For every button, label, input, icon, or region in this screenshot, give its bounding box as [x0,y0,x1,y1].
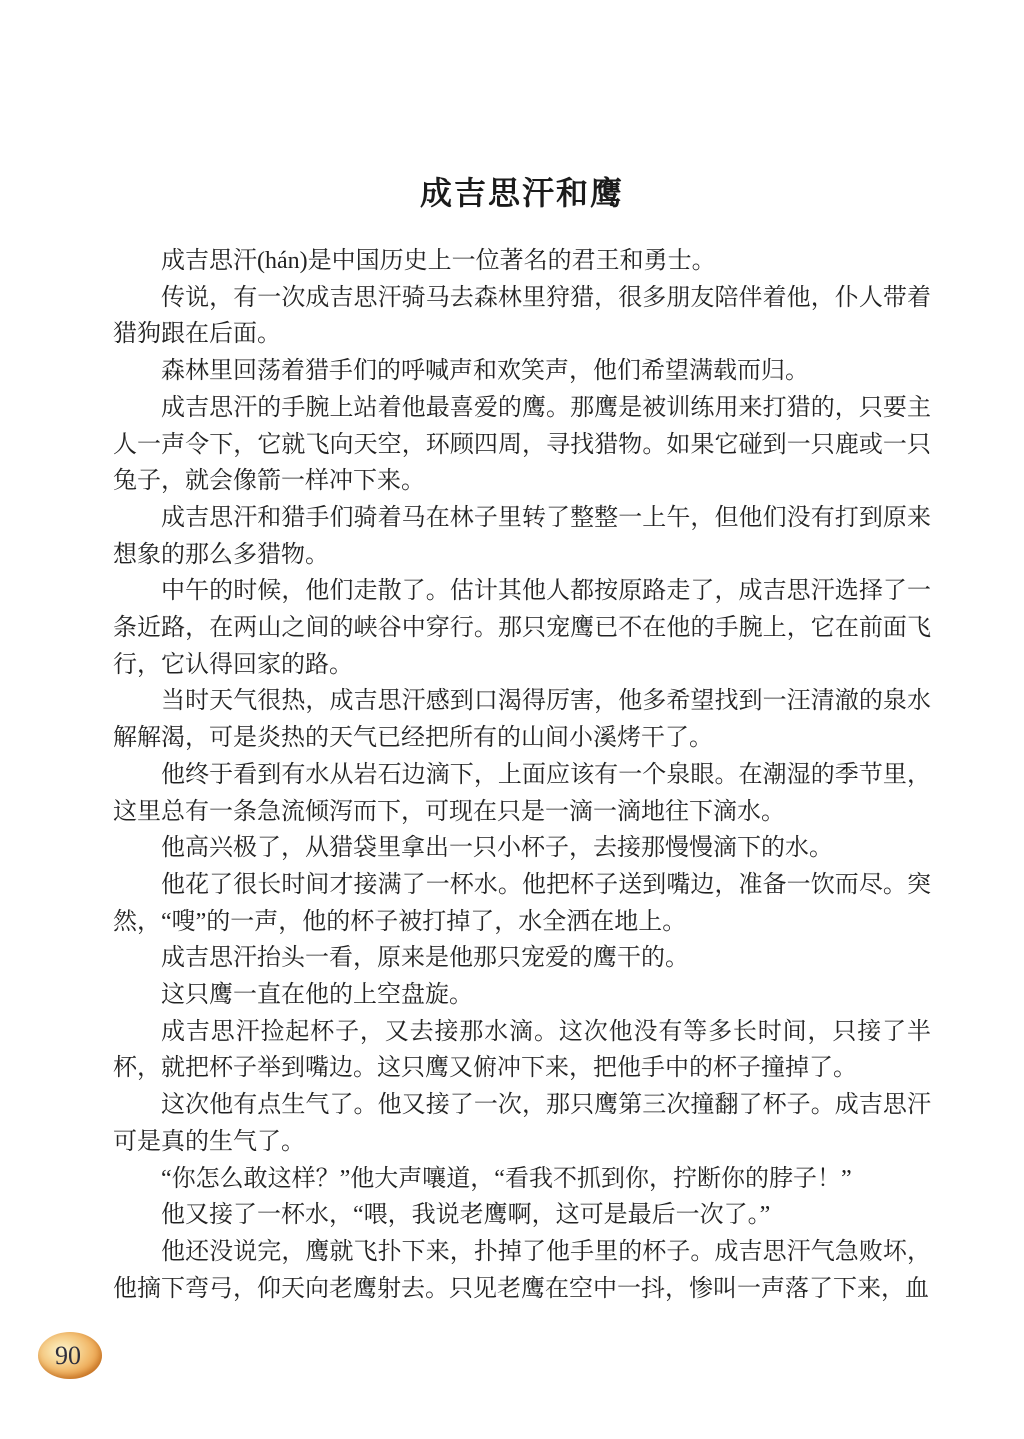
paragraph: 他又接了一杯水，“喂，我说老鹰啊，这可是最后一次了。” [113,1197,931,1234]
paragraph: 成吉思汗捡起杯子，又去接那水滴。这次他没有等多长时间，只接了半杯，就把杯子举到嘴… [113,1014,931,1087]
paragraph: 成吉思汗抬头一看，原来是他那只宠爱的鹰干的。 [113,940,931,977]
article-body: 成吉思汗(hán)是中国历史上一位著名的君王和勇士。 传说，有一次成吉思汗骑马去… [113,243,931,1307]
paragraph: 中午的时候，他们走散了。估计其他人都按原路走了，成吉思汗选择了一条近路，在两山之… [113,573,931,683]
paragraph: 他高兴极了，从猎袋里拿出一只小杯子，去接那慢慢滴下的水。 [113,830,931,867]
paragraph: 森林里回荡着猎手们的呼喊声和欢笑声，他们希望满载而归。 [113,353,931,390]
paragraph: 他终于看到有水从岩石边滴下，上面应该有一个泉眼。在潮湿的季节里，这里总有一条急流… [113,757,931,830]
paragraph: 成吉思汗和猎手们骑着马在林子里转了整整一上午，但他们没有打到原来想象的那么多猎物… [113,500,931,573]
paragraph: 他还没说完，鹰就飞扑下来，扑掉了他手里的杯子。成吉思汗气急败坏，他摘下弯弓，仰天… [113,1234,931,1307]
paragraph: 成吉思汗的手腕上站着他最喜爱的鹰。那鹰是被训练用来打猎的，只要主人一声令下，它就… [113,390,931,500]
paragraph: 传说，有一次成吉思汗骑马去森林里狩猎，很多朋友陪伴着他，仆人带着猎狗跟在后面。 [113,280,931,353]
paragraph: 当时天气很热，成吉思汗感到口渴得厉害，他多希望找到一汪清澈的泉水解解渴，可是炎热… [113,683,931,756]
paragraph: 这只鹰一直在他的上空盘旋。 [113,977,931,1014]
page-title: 成吉思汗和鹰 [113,168,931,214]
paragraph: 他花了很长时间才接满了一杯水。他把杯子送到嘴边，准备一饮而尽。突然，“嗖”的一声… [113,867,931,940]
page-number-badge: 90 [38,1332,102,1379]
page-number: 90 [55,1341,81,1371]
paragraph: 这次他有点生气了。他又接了一次，那只鹰第三次撞翻了杯子。成吉思汗可是真的生气了。 [113,1087,931,1160]
textbook-page: 成吉思汗和鹰 成吉思汗(hán)是中国历史上一位著名的君王和勇士。 传说，有一次… [0,0,1024,1439]
paragraph: “你怎么敢这样？”他大声嚷道，“看我不抓到你，拧断你的脖子！” [113,1161,931,1198]
paragraph: 成吉思汗(hán)是中国历史上一位著名的君王和勇士。 [113,243,931,280]
